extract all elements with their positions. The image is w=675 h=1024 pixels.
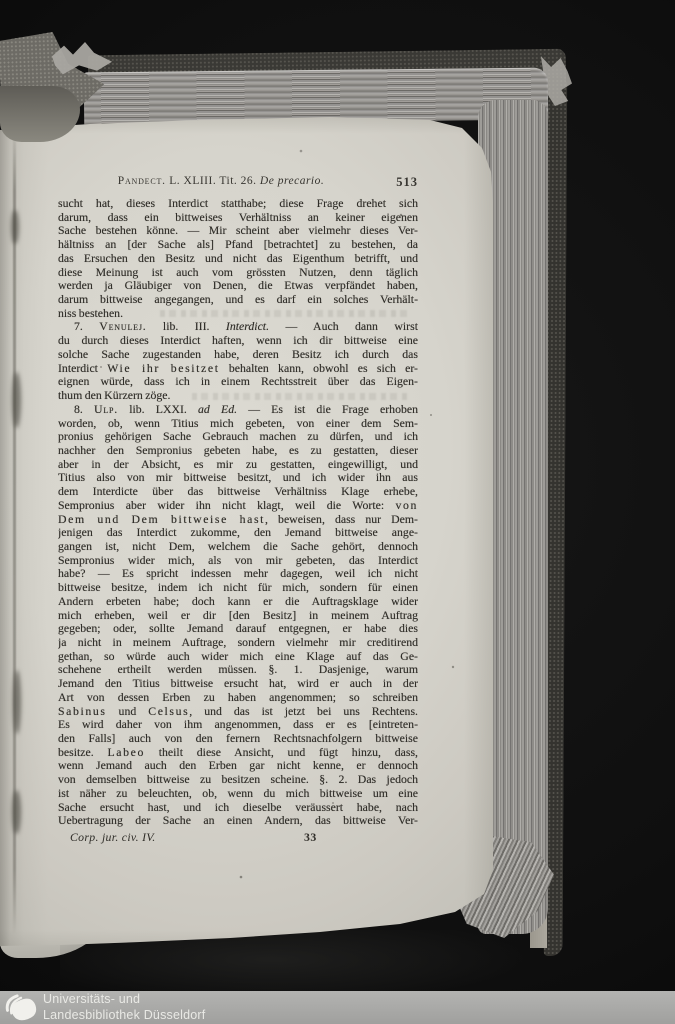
text-line: Art von dessen Erben zu haben angenommen… (58, 691, 418, 705)
text-line: hältniss an [der Sache als] Pfand [betra… (58, 238, 418, 252)
text-line: niss bestehen. (58, 307, 418, 321)
text-line: 7. Venulej. lib. III. Interdict. — Auch … (58, 320, 418, 334)
text-line: Andern erbeten habe; doch kann er die Au… (58, 595, 418, 609)
text-line: dem Interdicte über das bittweise Verhäl… (58, 485, 418, 499)
text-line: gegeben; oder, sollte Jemand darauf entg… (58, 622, 418, 636)
running-head-text: Pandect. L. XLIII. Tit. 26. De precario. (58, 175, 418, 187)
running-head: Pandect. L. XLIII. Tit. 26. De precario.… (58, 175, 418, 190)
text-line: thum den Kürzern zöge. (58, 389, 418, 403)
gutter-smudge (11, 210, 19, 244)
text-line: darum, dass ein bittweises Verhältniss a… (58, 211, 418, 225)
page-number: 513 (396, 175, 418, 190)
text-line: Sempronius aber wider ihn nicht klagt, w… (58, 499, 418, 513)
text-line: aber in der Absicht, es mir zu gestatten… (58, 458, 418, 472)
text-line: Dem und Dem bittweise hast, beweisen, da… (58, 513, 418, 527)
gutter-shadow (0, 114, 48, 956)
text-line: den Falls] auch von den fernern Rechtsna… (58, 732, 418, 746)
library-watermark-bar: Universitäts- und Landesbibliothek Düsse… (0, 991, 675, 1024)
body-text: sucht hat, dieses Interdict statthabe; d… (58, 197, 418, 828)
text-line: 8. Ulp. lib. LXXI. ad Ed. — Es ist die F… (58, 403, 418, 417)
library-name-line2: Landesbibliothek Düsseldorf (43, 1008, 205, 1024)
signature-mark: Corp. jur. civ. IV. (70, 830, 156, 845)
text-line: werden ja Gläubiger von Denen, die Etwas… (58, 279, 418, 293)
text-line: gangen ist, nicht Dem, welchem die Sache… (58, 540, 418, 554)
text-line: diese Meinung ist auch vom grössten Nutz… (58, 266, 418, 280)
text-line: Interdict Wie ihr besitzet behalten kann… (58, 362, 418, 376)
text-line: solche Sache zugestanden habe, deren Bes… (58, 348, 418, 362)
text-line: ja nicht in meinem Auftrage, sondern vie… (58, 636, 418, 650)
text-line: eignen würde, dass ich in einem Rechtsst… (58, 375, 418, 389)
text-line: du durch dieses Interdict haften, wenn i… (58, 334, 418, 348)
text-line: Es wird daher von ihm angenommen, dass e… (58, 718, 418, 732)
text-line: darum bittweise angegangen, und es darf … (58, 293, 418, 307)
text-line: das Ersuchen den Besitz und nicht das Ei… (58, 252, 418, 266)
text-line: wenn Jemand auch den Erben gar nicht ken… (58, 759, 418, 773)
text-line: gethan, so würde auch wider mich eine Kl… (58, 650, 418, 664)
text-line: von demselben bittweise zu besitzen sche… (58, 773, 418, 787)
library-name: Universitäts- und Landesbibliothek Düsse… (43, 992, 205, 1023)
text-line: pronius gehörigen Sache Gebrauch machen … (58, 430, 418, 444)
text-line: Sabinus und Celsus, und das ist jetzt be… (58, 705, 418, 719)
gutter-smudge (12, 790, 21, 834)
text-line: Sache ersucht hast, und ich dieselbe ver… (58, 801, 418, 815)
text-line: Uebertragung der Sache an einen Andern, … (58, 814, 418, 828)
page-footer: Corp. jur. civ. IV. 33 (58, 830, 418, 844)
text-line: Sempronius wider mich, als von mir gebet… (58, 554, 418, 568)
gutter-smudge (13, 670, 21, 734)
text-line: Jemand den Titius bittweise ersucht hat,… (58, 677, 418, 691)
sheet-number: 33 (304, 830, 317, 845)
gutter-smudge (12, 372, 21, 428)
text-line: bittweise besitze, indem ich nicht für m… (58, 581, 418, 595)
text-line: Sache bestehen könne. — Mir scheint aber… (58, 224, 418, 238)
text-line: Titius also von mir bittweise besitzt, u… (58, 471, 418, 485)
ulb-logo-icon (4, 992, 40, 1023)
library-name-line1: Universitäts- und (43, 992, 205, 1008)
book-scan-photo: Pandect. L. XLIII. Tit. 26. De precario.… (0, 0, 675, 1024)
text-line: schehene ertheilt werden müssen. §. 1. D… (58, 663, 418, 677)
text-line: mich erheben, weil er dir [den Besitz] i… (58, 609, 418, 623)
text-line: jenigen das Interdict zukomme, den Jeman… (58, 526, 418, 540)
text-line: worden, ob, wenn Titius mich gebeten, vo… (58, 417, 418, 431)
book-page: Pandect. L. XLIII. Tit. 26. De precario.… (0, 114, 494, 956)
text-line: nachher den Sempronius gebeten habe, es … (58, 444, 418, 458)
text-line: sucht hat, dieses Interdict statthabe; d… (58, 197, 418, 211)
text-line: habe? — Es spricht indessen mehr dagegen… (58, 567, 418, 581)
text-line: besitze. Labeo theilt diese Ansicht, und… (58, 746, 418, 760)
text-line: ist näher zu beleuchten, ob, wenn du mic… (58, 787, 418, 801)
